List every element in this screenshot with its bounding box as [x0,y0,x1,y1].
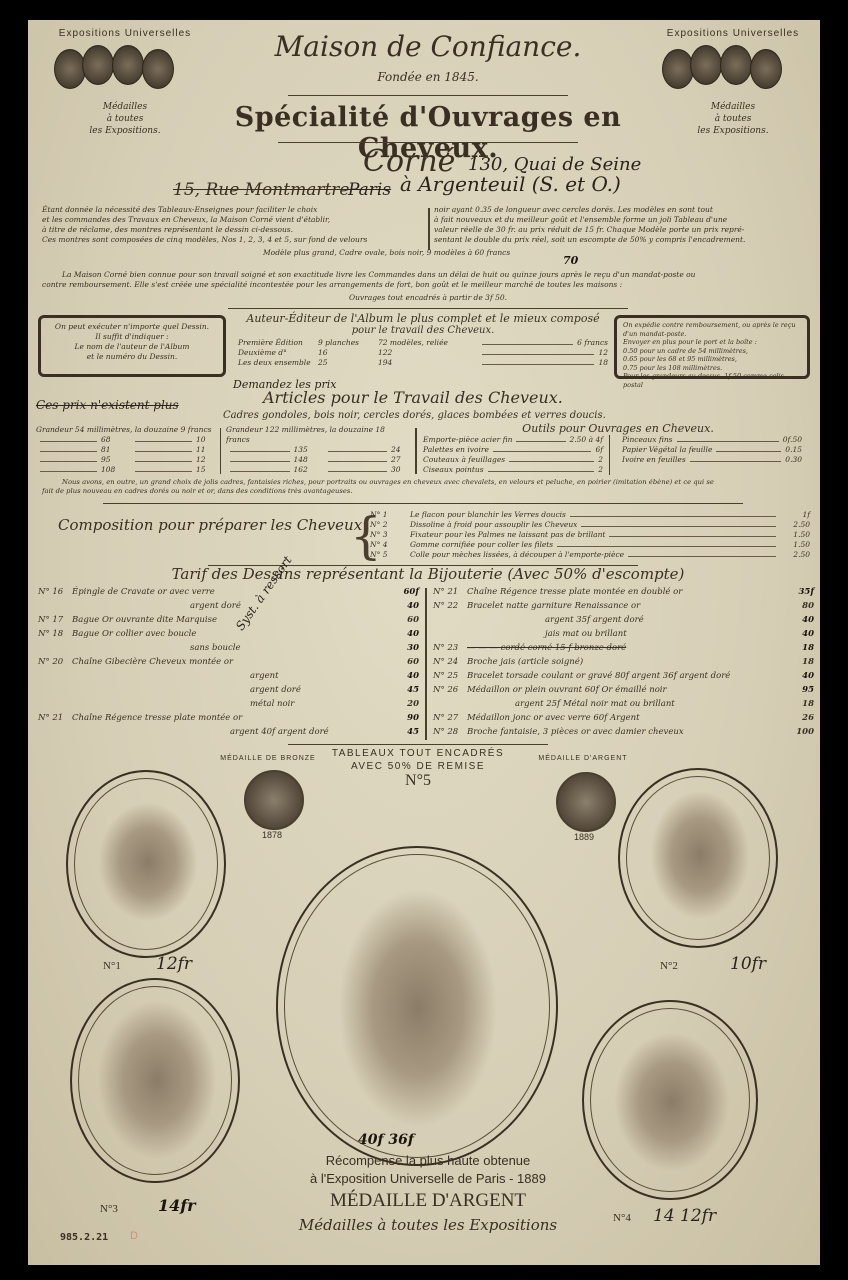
tarif-row: argent 35f argent doré40 [431,613,816,627]
modele-line: Modèle plus grand, Cadre ovale, bois noi… [263,248,623,258]
tarif-row: métal noir20 [36,697,421,711]
tarif-row: N° 23— — — cordé corné 15 f bronze doré1… [431,641,816,655]
right-medal-badge: Expositions Universelles Médailles à tou… [648,28,818,137]
footer-tagline: Médailles à toutes les Expositions [218,1216,638,1234]
tarif-row: jais mat ou brillant40 [431,627,816,641]
tarif-row: N° 26Médaillon or plein ouvrant 60f Or é… [431,683,816,697]
tableaux-heading: TABLEAUX TOUT ENCADRÉS AVEC 50% DE REMIS… [308,747,528,787]
feather-cross-icon [338,888,498,1128]
frame-row: 16230 [226,465,411,475]
album-row: Les deux ensemble 25 194 18 [238,358,608,368]
hair-curl-icon [650,790,750,920]
award-text: Récompense la plus haute obtenue à l'Exp… [248,1152,608,1188]
album-table: Première Édition 9 planches 72 modèles, … [238,338,608,368]
model-4-frame[interactable] [582,1000,758,1200]
tool-row: Emporte-pièce acier fin2.50 à 4f [423,435,603,445]
silver-medal-icon [556,772,616,832]
tarif-row: argent doré45 [36,683,421,697]
tarif-row: argent40 [36,669,421,683]
tarif-row: N° 22Bracelet natte garniture Renaissanc… [431,599,816,613]
composition-item: N° 5Colle pour mèches lissées, à découpe… [370,550,810,560]
tarif-left-table: N° 16Épingle de Cravate or avec verre60f… [36,585,421,739]
monogram-wreath-icon [614,1032,730,1172]
model-1-price: 12fr [156,954,192,974]
composition-item: N° 3Fixateur pour les Palmes ne laissant… [370,530,810,540]
model-2-number: N°2 [660,960,678,972]
model-3-price: 14fr [158,1196,196,1215]
inventory-number: 985.2.21 [60,1232,108,1243]
tool-row: Ciseaux pointus2 [423,465,603,475]
medal-icon [142,49,174,89]
founded: Fondée en 1845. [358,70,498,84]
tool-row: Palettes en ivoire6f [423,445,603,455]
model-1-frame[interactable] [66,770,226,958]
composition-item: N° 1Le flacon pour blanchir les Verres d… [370,510,810,520]
composition-title: Composition pour préparer les Cheveux [58,516,362,534]
tool-row: Papier Végétal la feuille0.15 [622,445,802,455]
red-stamp: D [130,1230,138,1242]
frame-row: 6810 [36,435,216,445]
frames-note: Nous avons, en outre, un grand choix de … [42,478,812,496]
left-medal-badge: Expositions Universelles Médailles à tou… [40,28,210,137]
tarif-row: N° 24Broche jais (article soigné)18 [431,655,816,669]
model-3-number: N°3 [100,1203,118,1215]
intro-right-paragraph: noir ayant 0.35 de longueur avec cercles… [434,205,809,245]
bronze-medal-icon [244,770,304,830]
bronze-medal-arc: MÉDAILLE DE BRONZE [218,755,318,762]
encadres-line: Ouvrages tout encadrés à partir de 3f 50… [278,293,578,303]
award-medal: MÉDAILLE D'ARGENT [248,1190,608,1212]
maison-paragraph: La Maison Corné bien connue pour son tra… [42,270,812,290]
handwritten-note-struck: Ces prix n'existent plus [36,398,179,412]
tarif-row: N° 27Médaillon jonc or avec verre 60f Ar… [431,711,816,725]
frame-row: 13524 [226,445,411,455]
tool-row: Couteaux à feuillages2 [423,455,603,465]
medal-icon [690,45,722,85]
composition-list: N° 1Le flacon pour blanchir les Verres d… [370,510,810,560]
tarif-row: argent 40f argent doré45 [36,725,421,739]
tarif-right-table: N° 21Chaîne Régence tresse plate montée … [431,585,816,739]
model-4-price: 14 12fr [653,1206,716,1226]
tarif-row: N° 21Chaîne Régence tresse plate montée … [36,711,421,725]
model-5-price: 40f 36f [358,1132,414,1148]
medal-icon [112,45,144,85]
tool-row: Ivoire en feuilles0.30 [622,455,802,465]
silver-medal-arc: MÉDAILLE D'ARGENT [528,755,638,762]
tarif-title: Tarif des Dessins représentant la Bijout… [128,565,728,583]
intro-left-paragraph: Étant donnée la nécessité des Tableaux-E… [42,205,422,245]
frame-row: 10815 [36,465,216,475]
tarif-row: N° 16Épingle de Cravate or avec verre60f [36,585,421,599]
pansy-bouquet-icon [98,802,198,922]
frames-right-table: Grandeur 122 millimètres, la douzaine 18… [226,425,411,475]
silver-medal-year: 1889 [556,832,612,842]
tarif-row: N° 17Bague Or ouvrante dite Marquise60 [36,613,421,627]
city-struck: Paris [348,180,391,200]
tarif-row: N° 25Bracelet torsade coulant or gravé 8… [431,669,816,683]
model-3-frame[interactable] [70,978,240,1183]
handwritten-city: à Argenteuil (S. et O.) [400,172,621,196]
bronze-medal-year: 1878 [244,830,300,840]
album-row: Deuxième d° 16 122 12 [238,348,608,358]
tarif-row: N° 20Chaîne Gibecière Cheveux montée or6… [36,655,421,669]
model-5-number: N°5 [308,774,528,787]
tarif-row: N° 28Broche fantaisie, 3 pièces or avec … [431,725,816,739]
composition-item: N° 4Gomme cornifiée pour coller les file… [370,540,810,550]
custom-design-box: On peut exécuter n'importe quel Dessin. … [38,315,226,377]
tool-row: Pinceaux fins0f.50 [622,435,802,445]
shipping-box: On expédie contre remboursement, ou aprè… [614,315,810,379]
articles-title: Articles pour le Travail des Cheveux. [263,388,563,407]
frames-left-table: Grandeur 54 millimètres, la douzaine 9 f… [36,425,216,475]
medal-icon [720,45,752,85]
tagline: Maison de Confiance. [258,30,598,63]
model-2-frame[interactable] [618,768,778,948]
printed-address: 15, Rue Montmartre [173,180,349,200]
album-row: Première Édition 9 planches 72 modèles, … [238,338,608,348]
tarif-row: argent doré40 [36,599,421,613]
frame-row: 8111 [36,445,216,455]
model-5-frame[interactable] [276,846,558,1166]
composition-item: N° 2Dissoline à froid pour assouplir les… [370,520,810,530]
medal-icon [750,49,782,89]
medal-icon [82,45,114,85]
album-section: Auteur-Éditeur de l'Album le plus comple… [238,312,608,368]
articles-subtitle: Cadres gondoles, bois noir, cercles doré… [223,410,606,421]
document-sheet: Maison de Confiance. Fondée en 1845. Spé… [28,20,820,1265]
frame-row: 9512 [36,455,216,465]
tarif-row: N° 18Bague Or collier avec boucle40 [36,627,421,641]
frame-row: 14827 [226,455,411,465]
tarif-row: N° 21Chaîne Régence tresse plate montée … [431,585,816,599]
tarif-row: argent 25f Métal noir mat ou brillant18 [431,697,816,711]
tools-section: Outils pour Ouvrages en Cheveux. Emporte… [423,422,813,475]
model-2-price: 10fr [730,954,766,974]
braided-hair-icon [97,1000,217,1160]
model-1-number: N°1 [103,960,121,972]
medal-icon [54,49,86,89]
tarif-row: sans boucle30 [36,641,421,655]
medal-icon [662,49,694,89]
